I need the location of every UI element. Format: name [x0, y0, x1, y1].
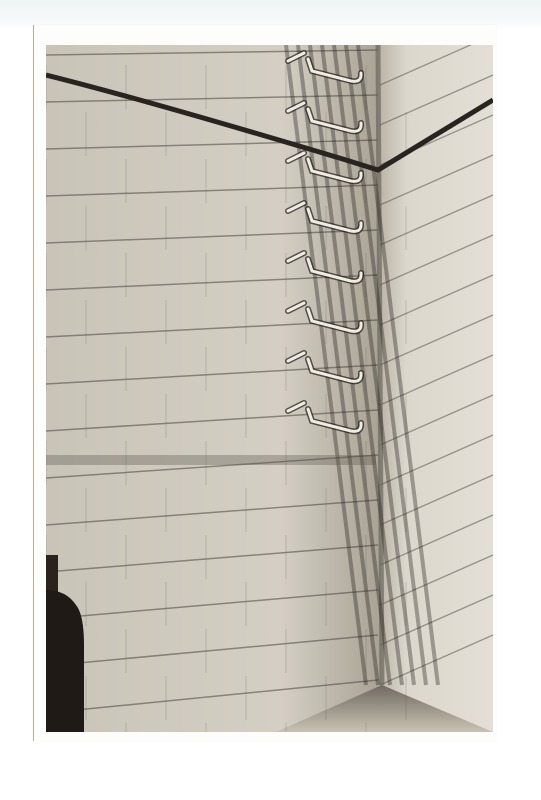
- wall-corner-scene: [46, 45, 493, 732]
- photograph: [46, 45, 493, 732]
- dark-shadow: [46, 590, 84, 732]
- dark-box: [46, 555, 58, 595]
- grime-band: [46, 455, 376, 465]
